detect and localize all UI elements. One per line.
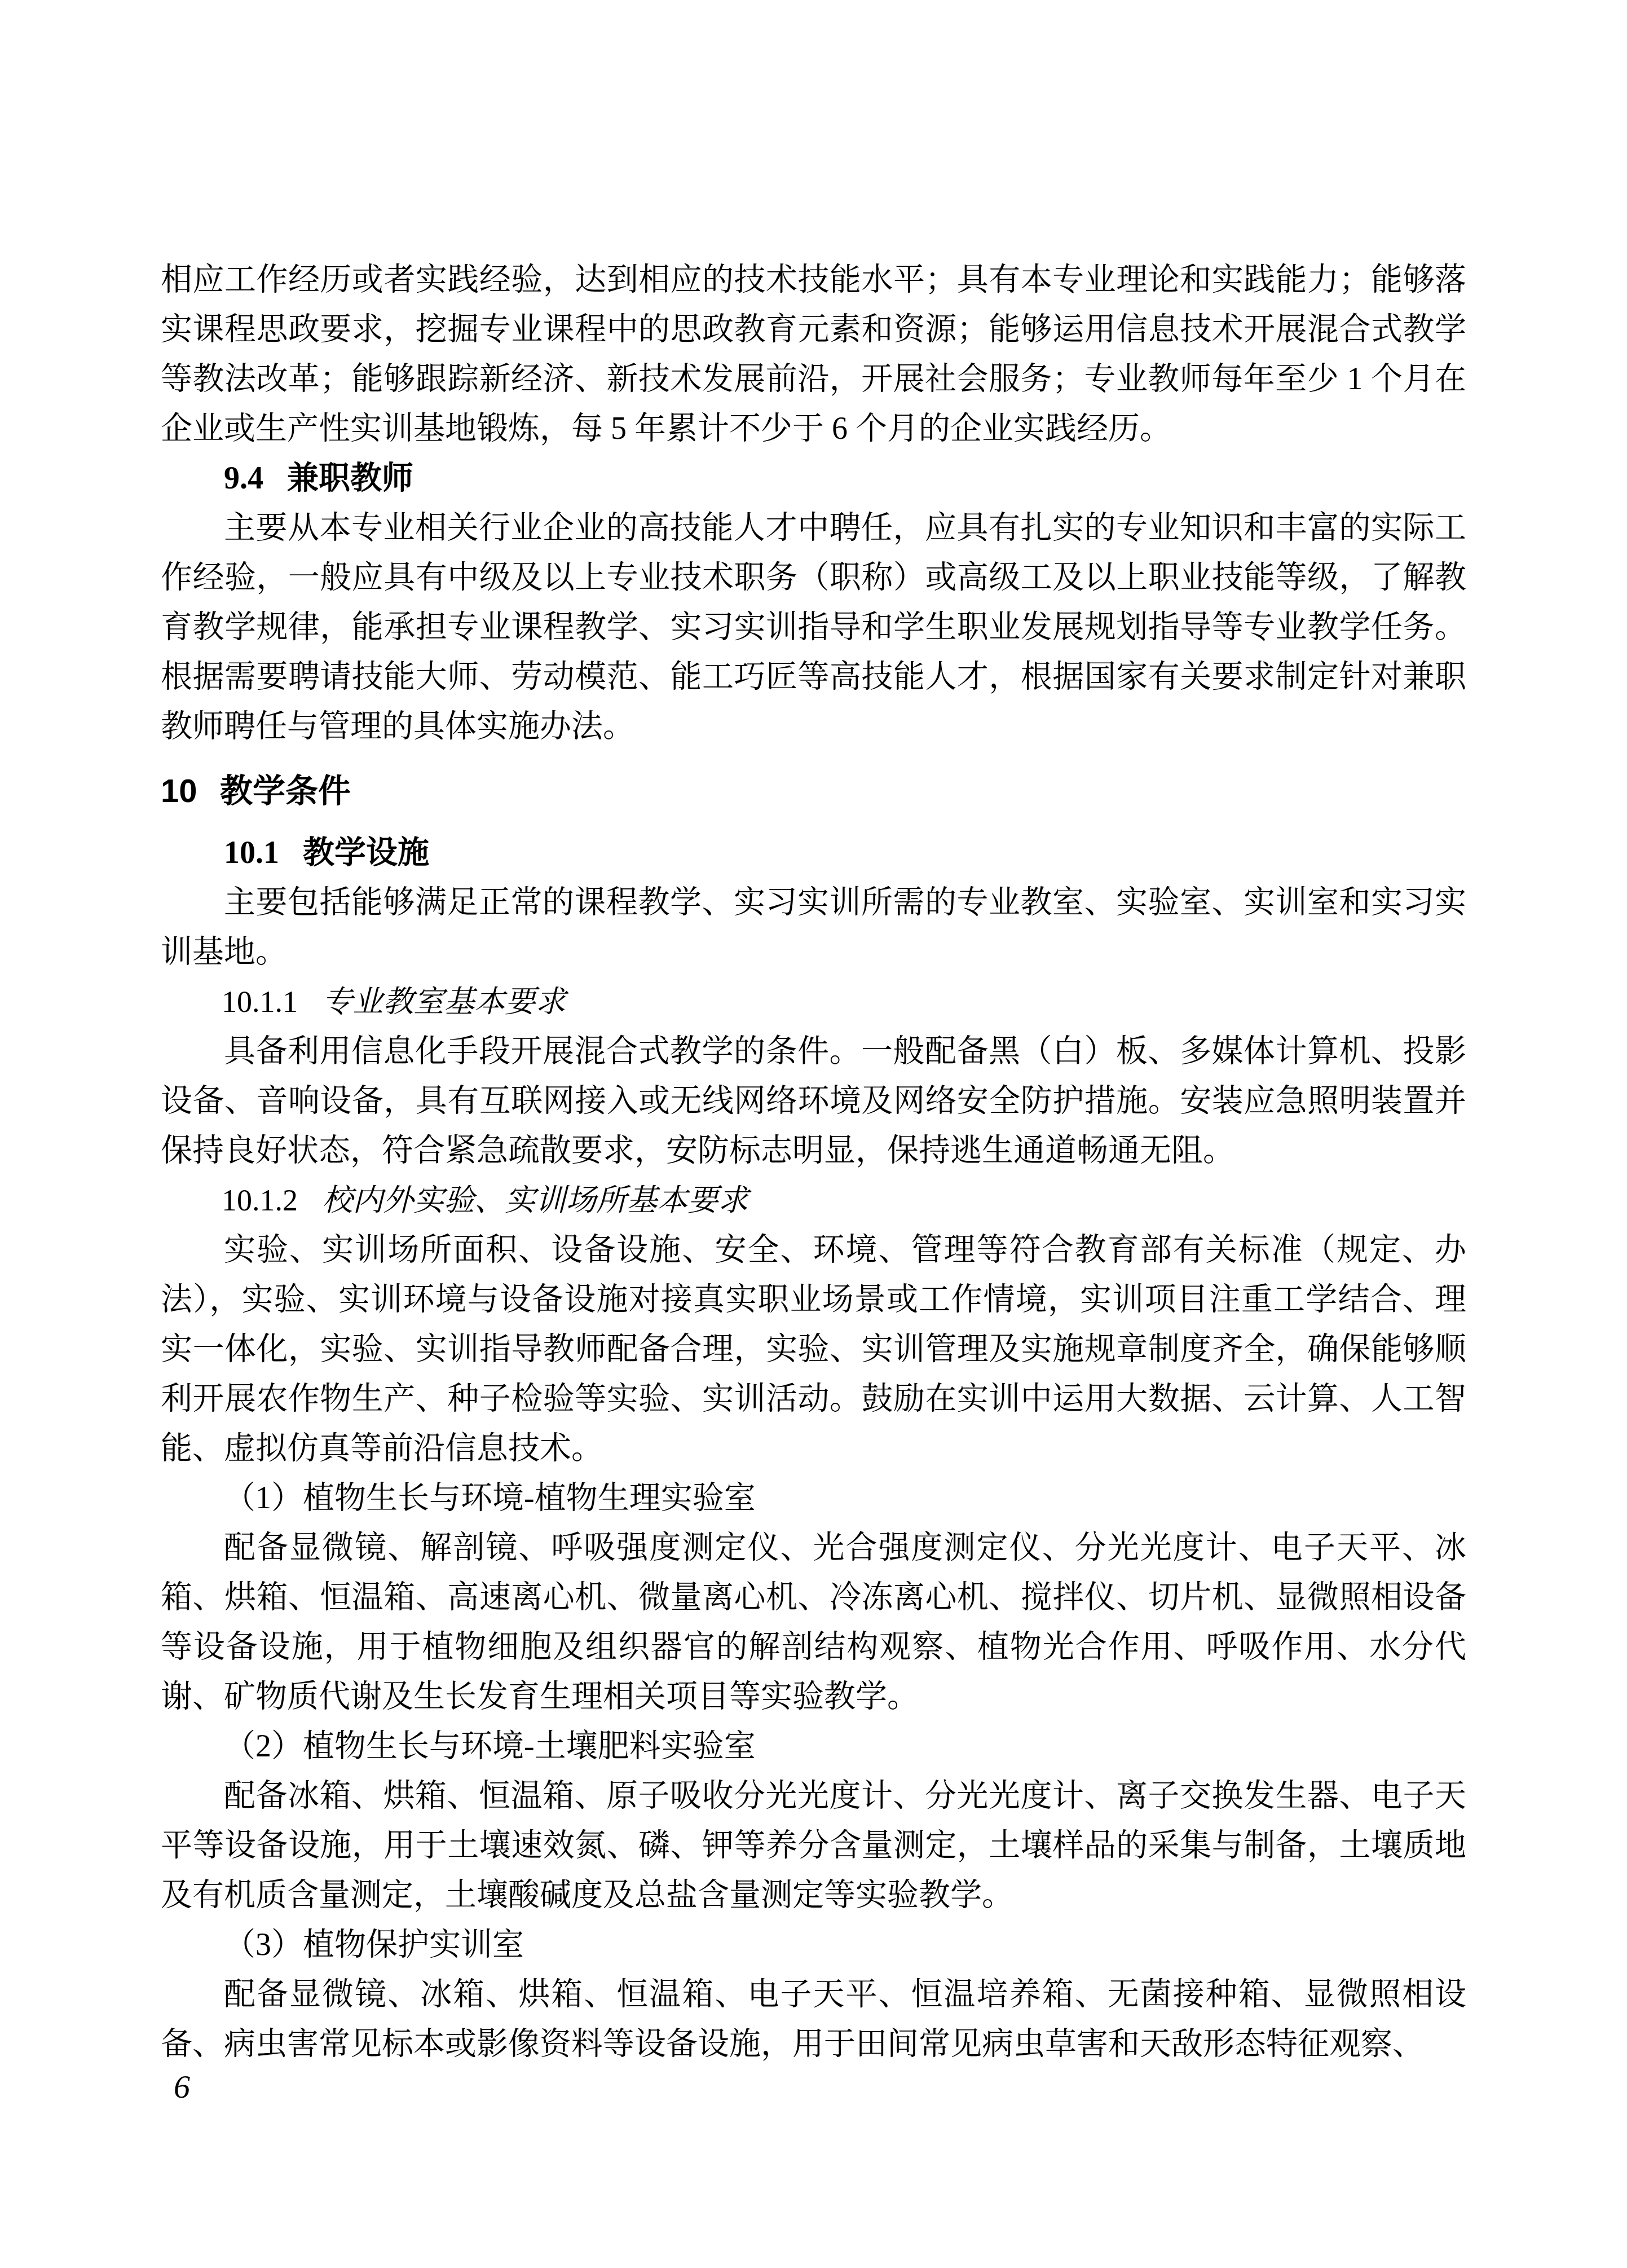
paragraph-teacher-qualifications-continued: 相应工作经历或者实践经验，达到相应的技术技能水平；具有本专业理论和实践能力；能够…: [161, 255, 1466, 453]
heading-number: 10.1.2: [222, 1183, 298, 1217]
heading-10-1-teaching-facilities: 10.1教学设施: [161, 828, 1466, 878]
heading-number: 10.1.1: [222, 985, 298, 1019]
heading-title: 专业教室基本要求: [322, 985, 566, 1019]
heading-title: 教学条件: [220, 773, 351, 809]
list-item-lab3-title: （3）植物保护实训室: [161, 1920, 1466, 1970]
paragraph-facilities-intro: 主要包括能够满足正常的课程教学、实习实训所需的专业教室、实验室、实训室和实习实训…: [161, 878, 1466, 977]
heading-title: 校内外实验、实训场所基本要求: [322, 1183, 748, 1217]
paragraph-lab2-equipment: 配备冰箱、烘箱、恒温箱、原子吸收分光光度计、分光光度计、离子交换发生器、电子天平…: [161, 1771, 1466, 1920]
heading-title: 教学设施: [303, 835, 429, 870]
heading-10-1-1-classroom-requirements: 10.1.1专业教室基本要求: [161, 977, 1466, 1027]
heading-10-1-2-lab-requirements: 10.1.2校内外实验、实训场所基本要求: [161, 1175, 1466, 1225]
heading-number: 10: [161, 773, 197, 809]
paragraph-lab3-equipment: 配备显微镜、冰箱、烘箱、恒温箱、电子天平、恒温培养箱、无菌接种箱、显微照相设备、…: [161, 1970, 1466, 2069]
text-block: 相应工作经历或者实践经验，达到相应的技术技能水平；具有本专业理论和实践能力；能够…: [161, 255, 1466, 2069]
paragraph-part-time-teachers: 主要从本专业相关行业企业的高技能人才中聘任，应具有扎实的专业知识和丰富的实际工作…: [161, 503, 1466, 751]
paragraph-lab1-equipment: 配备显微镜、解剖镜、呼吸强度测定仪、光合强度测定仪、分光光度计、电子天平、冰箱、…: [161, 1523, 1466, 1721]
heading-number: 10.1: [224, 835, 279, 870]
heading-title: 兼职教师: [287, 461, 413, 496]
page-number: 6: [174, 2062, 190, 2112]
paragraph-classroom-requirements: 具备利用信息化手段开展混合式教学的条件。一般配备黑（白）板、多媒体计算机、投影设…: [161, 1027, 1466, 1175]
list-item-lab1-title: （1）植物生长与环境-植物生理实验室: [161, 1473, 1466, 1523]
document-page: 相应工作经历或者实践经验，达到相应的技术技能水平；具有本专业理论和实践能力；能够…: [0, 0, 1627, 2268]
paragraph-lab-requirements: 实验、实训场所面积、设备设施、安全、环境、管理等符合教育部有关标准（规定、办法）…: [161, 1225, 1466, 1473]
heading-number: 9.4: [224, 461, 263, 496]
heading-9-4-part-time-teachers: 9.4兼职教师: [161, 453, 1466, 503]
list-item-lab2-title: （2）植物生长与环境-土壤肥料实验室: [161, 1721, 1466, 1771]
heading-10-teaching-conditions: 10教学条件: [161, 770, 1466, 812]
